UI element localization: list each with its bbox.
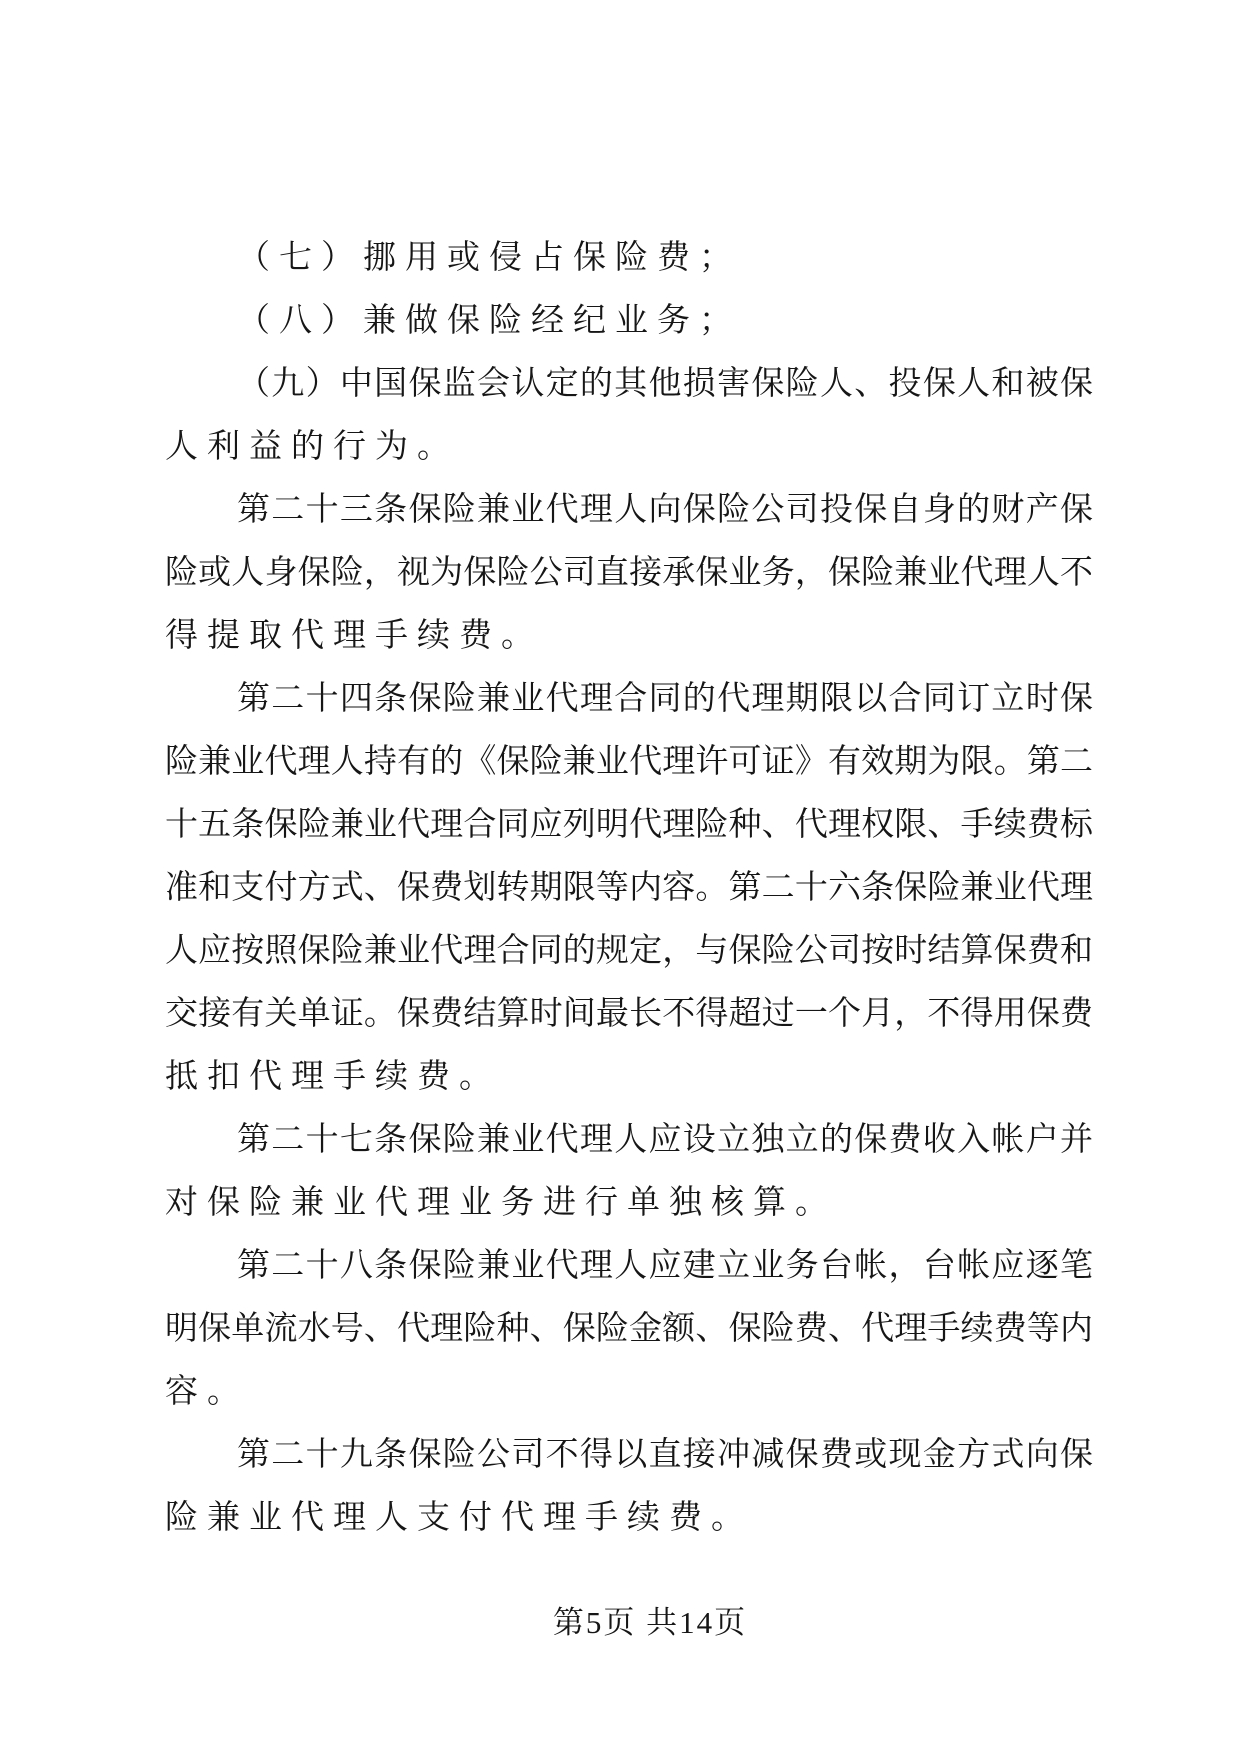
text-line: （七）挪用或侵占保险费； — [165, 227, 1093, 290]
text-line: 第二十七条保险兼业代理人应设立独立的保费收入帐户并 — [165, 1109, 1093, 1172]
text-line: （八）兼做保险经纪业务； — [165, 290, 1093, 353]
text-line: 险或人身保险，视为保险公司直接承保业务，保险兼业代理人不 — [165, 542, 1093, 605]
text-line: 险兼业代理人支付代理手续费。 — [165, 1487, 1093, 1550]
text-line: 第二十三条保险兼业代理人向保险公司投保自身的财产保 — [165, 479, 1093, 542]
text-line: 人利益的行为。 — [165, 416, 1093, 479]
text-line: 得提取代理手续费。 — [165, 605, 1093, 668]
text-line: 抵扣代理手续费。 — [165, 1046, 1093, 1109]
text-line: （九）中国保监会认定的其他损害保险人、投保人和被保险 — [165, 353, 1093, 416]
text-line: 对保险兼业代理业务进行单独核算。 — [165, 1172, 1093, 1235]
document-page: （七）挪用或侵占保险费；（八）兼做保险经纪业务；（九）中国保监会认定的其他损害保… — [0, 0, 1241, 1754]
document-lines: （七）挪用或侵占保险费；（八）兼做保险经纪业务；（九）中国保监会认定的其他损害保… — [165, 227, 1093, 1550]
text-line: 险兼业代理人持有的《保险兼业代理许可证》有效期为限。第二 — [165, 731, 1093, 794]
text-line: 十五条保险兼业代理合同应列明代理险种、代理权限、手续费标 — [165, 794, 1093, 857]
text-line: 第二十四条保险兼业代理合同的代理期限以合同订立时保 — [165, 668, 1093, 731]
page-footer: 第5页 共14页 — [165, 1601, 1135, 1645]
text-line: 准和支付方式、保费划转期限等内容。第二十六条保险兼业代理 — [165, 857, 1093, 920]
text-line: 明保单流水号、代理险种、保险金额、保险费、代理手续费等内 — [165, 1298, 1093, 1361]
text-line: 第二十九条保险公司不得以直接冲减保费或现金方式向保 — [165, 1424, 1093, 1487]
text-line: 第二十八条保险兼业代理人应建立业务台帐，台帐应逐笔列 — [165, 1235, 1093, 1298]
text-line: 交接有关单证。保费结算时间最长不得超过一个月，不得用保费 — [165, 983, 1093, 1046]
text-line: 人应按照保险兼业代理合同的规定，与保险公司按时结算保费和 — [165, 920, 1093, 983]
text-line: 容。 — [165, 1361, 1093, 1424]
